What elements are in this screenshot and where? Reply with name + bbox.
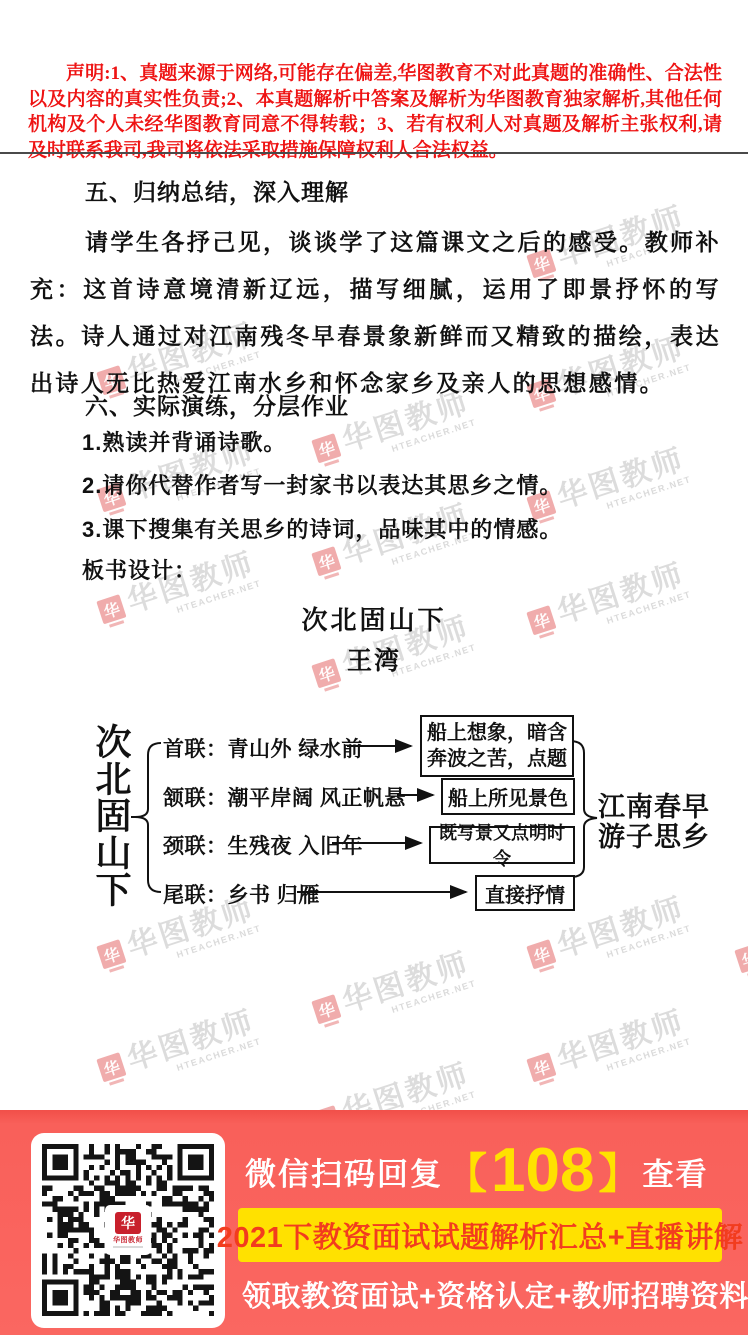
banner-bracket-close: 】 [598, 1141, 640, 1201]
diagram-note-box-2: 船上所见景色 [441, 778, 575, 815]
row1-phrase: 青山外 绿水前 [228, 738, 363, 761]
watermark-logo-icon: 华 [311, 546, 343, 581]
row3-label: 颈联： [163, 835, 228, 858]
box1-line1: 船上想象，暗含 [427, 720, 567, 746]
watermark-logo-icon: 华 [734, 943, 748, 978]
watermark-url: HTEACHER.NET [605, 1036, 692, 1073]
watermark-text: 华图教师 [120, 996, 260, 1079]
huatu-logo-icon: 华 [115, 1212, 141, 1234]
diagram-row-4: 尾联：乡书 归雁 [163, 879, 320, 909]
watermark-logo-icon: 华 [311, 994, 343, 1029]
board-design-label: 板书设计： [82, 554, 197, 585]
board-diagram: 次北固山下 首联：青山外 绿水前 颔联：潮平岸阔 风正帆悬 颈联：生残夜 入旧年… [0, 705, 748, 925]
watermark-text: 华图教师 [550, 434, 690, 517]
row1-label: 首联： [163, 738, 228, 761]
conclusion-line2: 游子思乡 [598, 822, 710, 852]
section-five-heading: 五、归纳总结，深入理解 [85, 174, 349, 207]
watermark-logo-icon: 华 [526, 1052, 558, 1087]
watermark-url: HTEACHER.NET [390, 417, 477, 454]
qr-logo-text: 华图教师 [113, 1235, 143, 1245]
watermark-url: HTEACHER.NET [605, 474, 692, 511]
watermark: 华华图教师HTEACHER.NET [522, 996, 693, 1096]
document-page: 华华图教师HTEACHER.NET华华图教师HTEACHER.NET华华图教师H… [0, 0, 748, 1335]
left-brace [131, 743, 161, 892]
disclaimer-text: 声明:1、真题来源于网络,可能存在偏差,华图教育不对此真题的准确性、合法性以及内… [28, 61, 722, 163]
banner-line1: 微信扫码回复 【 108 】 查看 [245, 1138, 708, 1204]
box2-text: 船上所见景色 [448, 782, 568, 811]
watermark-logo-icon: 华 [311, 433, 343, 468]
watermark-text: 华图教师 [335, 938, 475, 1021]
section-five-paragraph: 请学生各抒己见，谈谈学了这篇课文之后的感受。教师补充：这首诗意境清新辽远，描写细… [30, 219, 721, 407]
qr-center-logo: 华 华图教师 [105, 1205, 151, 1255]
row2-label: 颔联： [163, 787, 228, 810]
row3-phrase: 生残夜 入旧年 [228, 835, 363, 858]
assignment-item-1: 1.熟读并背诵诗歌。 [82, 426, 286, 457]
watermark-logo-icon: 华 [96, 939, 128, 974]
box1-line2: 奔波之苦，点题 [427, 746, 567, 772]
poem-title: 次北固山下 [0, 600, 748, 637]
assignment-item-3: 3.课下搜集有关思乡的诗词，品味其中的情感。 [82, 513, 562, 544]
banner-line3: 领取教资面试+资格认定+教师招聘资料 [242, 1274, 748, 1315]
divider-line [0, 152, 748, 154]
watermark-url: HTEACHER.NET [390, 978, 477, 1015]
row2-phrase: 潮平岸阔 风正帆悬 [228, 787, 406, 810]
diagram-note-box-3: 既写景又点明时令 [429, 826, 575, 864]
banner-highlight-line: 2021下教资面试试题解析汇总+直播讲解 [238, 1208, 722, 1262]
promo-banner: 华 华图教师 微信扫码回复 【 108 】 查看 2021下教资面试试题解析汇总… [0, 1110, 748, 1335]
row4-phrase: 乡书 归雁 [228, 884, 320, 907]
diagram-conclusion: 江南春早 游子思乡 [598, 792, 710, 852]
banner-reply-code: 108 [491, 1140, 594, 1202]
diagram-row-1: 首联：青山外 绿水前 [163, 733, 363, 763]
conclusion-line1: 江南春早 [598, 792, 710, 822]
qr-logo-divider [113, 1246, 143, 1248]
banner-bracket-open: 【 [445, 1141, 487, 1201]
watermark-url: HTEACHER.NET [605, 923, 692, 960]
watermark-url: HTEACHER.NET [175, 1036, 262, 1073]
watermark: 华华图教师HTEACHER.NET [92, 996, 263, 1096]
watermark-logo-icon: 华 [96, 1052, 128, 1087]
diagram-row-3: 颈联：生残夜 入旧年 [163, 830, 363, 860]
box3-text: 既写景又点明时令 [431, 819, 573, 871]
assignment-item-2: 2.请你代替作者写一封家书以表达其思乡之情。 [82, 469, 562, 500]
diagram-note-box-1: 船上想象，暗含 奔波之苦，点题 [420, 715, 574, 777]
diagram-vertical-title: 次北固山下 [92, 723, 130, 919]
row4-label: 尾联： [163, 884, 228, 907]
diagram-row-2: 颔联：潮平岸阔 风正帆悬 [163, 782, 406, 812]
banner-line1-suffix: 查看 [642, 1149, 708, 1194]
diagram-note-box-4: 直接抒情 [475, 875, 575, 911]
watermark-text: 华图教师 [550, 996, 690, 1079]
qr-card: 华 华图教师 [31, 1133, 225, 1328]
section-six-heading: 六、实际演练，分层作业 [85, 388, 349, 421]
watermark-logo-icon: 华 [526, 939, 558, 974]
poem-author: 王湾 [0, 641, 748, 677]
box4-text: 直接抒情 [485, 879, 565, 908]
watermark-url: HTEACHER.NET [175, 923, 262, 960]
banner-line1-prefix: 微信扫码回复 [245, 1149, 443, 1194]
watermark: 华华图教师HTEACHER.NET [307, 938, 478, 1038]
